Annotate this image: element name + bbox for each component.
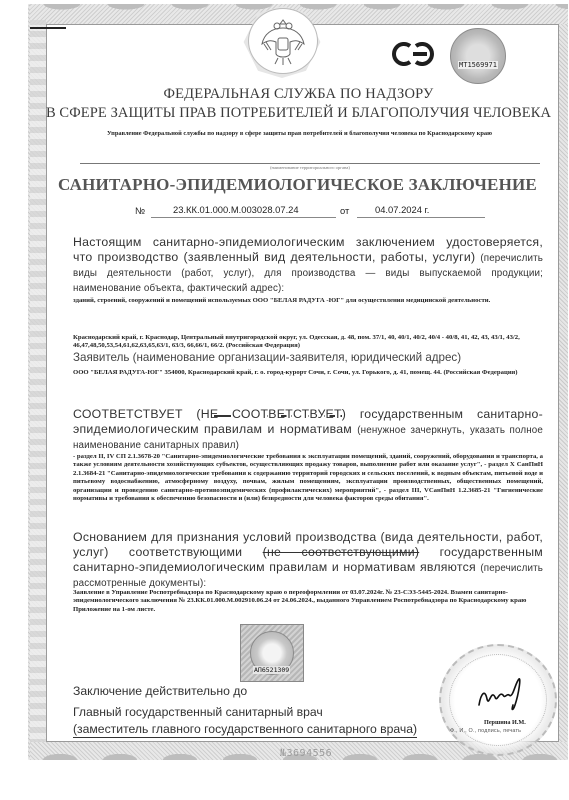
chief-doctor-title: Главный государственный санитарный врач [73, 705, 323, 719]
signature [475, 675, 527, 715]
compliance-statement: СООТВЕТСТВУЕТ (НЕ СООТВЕТСТВУЕТ) государ… [73, 407, 543, 452]
blank-serial-number: №3694556 [280, 748, 332, 759]
hologram-seal-code: АП6521309 [253, 666, 290, 674]
document-number-row: № 23.КК.01.000.М.003028.07.24 от 04.07.2… [85, 205, 505, 219]
territorial-underline [80, 163, 540, 164]
signer-caption: Ф., И., О., подпись, печать [450, 728, 521, 734]
complies-text: СООТВЕТСТВУЕТ [73, 407, 183, 421]
basis-statement: Основанием для признания условий произво… [73, 530, 543, 590]
number-label: № [135, 205, 145, 216]
sanitary-rules-list: - раздел II, IV СП 2.1.3678-20 "Санитарн… [73, 453, 543, 503]
valid-until-label: Заключение действительно до [73, 684, 247, 698]
applicant-label: Заявитель (наименование организации-заяв… [73, 351, 543, 364]
territorial-caption: (наименование территориального органа) [80, 165, 540, 170]
corner-mark [30, 27, 66, 29]
se-logo-icon [390, 40, 436, 68]
deputy-chief-doctor-title: (заместитель главного государственного с… [73, 722, 417, 738]
date-label: от [340, 205, 349, 216]
basis-documents: Заявление в Управление Роспотребнадзора … [73, 589, 543, 614]
hologram-sticker: MT1569971 [450, 28, 506, 84]
agency-title-line-1: ФЕДЕРАЛЬНАЯ СЛУЖБА ПО НАДЗОРУ [14, 86, 569, 103]
not-complies-crossed: (НЕ СООТВЕТСТВУЕТ) [196, 407, 346, 421]
hologram-code: MT1569971 [458, 61, 498, 69]
document-number: 23.КК.01.000.М.003028.07.24 [173, 204, 299, 215]
certifies-lead: Настоящим санитарно-эпидемиологическим з… [73, 235, 543, 295]
department-name: Управление Федеральной службы по надзору… [0, 130, 569, 137]
object-description: зданий, строений, сооружений и помещений… [73, 297, 543, 305]
certifies-block: Настоящим санитарно-эпидемиологическим з… [73, 235, 543, 305]
hologram-seal: АП6521309 [240, 624, 304, 682]
signer-name: Першина И.М. [484, 719, 526, 726]
struck-not-complying: (не соответствующими) [263, 545, 420, 559]
frame-left-ornament [30, 20, 46, 745]
coat-of-arms-icon [248, 8, 318, 74]
document-title: САНИТАРНО-ЭПИДЕМИОЛОГИЧЕСКОЕ ЗАКЛЮЧЕНИЕ [0, 175, 569, 195]
document-date: 04.07.2024 г. [375, 204, 429, 215]
object-address: Краснодарский край, г. Краснодар, Центра… [73, 334, 543, 351]
applicant-value: ООО "БЕЛАЯ РАДУГА-ЮГ" 354000, Краснодарс… [73, 369, 543, 377]
certificate-page: MT1569971 ФЕДЕРАЛЬНАЯ СЛУЖБА ПО НАДЗОРУ … [0, 0, 569, 800]
agency-title-line-2: В СФЕРЕ ЗАЩИТЫ ПРАВ ПОТРЕБИТЕЛЕЙ И БЛАГО… [14, 105, 569, 122]
